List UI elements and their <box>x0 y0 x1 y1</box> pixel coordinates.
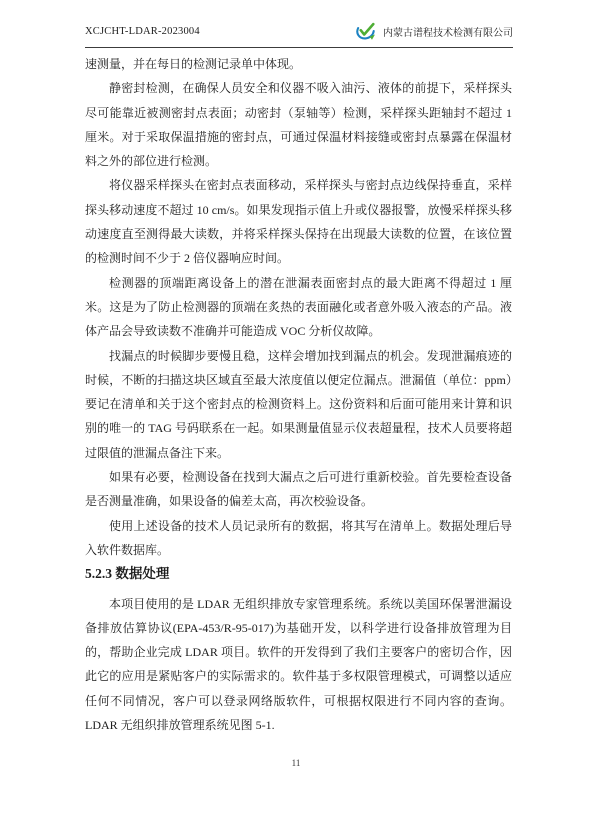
company-name: 内蒙古谱程技术检测有限公司 <box>383 24 513 39</box>
section-heading-5-2-3: 5.2.3 数据处理 <box>85 562 512 586</box>
document-page: XCJCHT-LDAR-2023004 内蒙古谱程技术检测有限公司 速测量，并在… <box>0 0 592 826</box>
paragraph-ldar-system: 本项目使用的是 LDAR 无组织排放专家管理系统。系统以美国环保署泄漏设备排放估… <box>85 592 512 738</box>
paragraph-static-seal-detection: 静密封检测，在确保人员安全和仪器不吸入油污、液体的前提下，采样探头尽可能靠近被测… <box>85 76 512 173</box>
page-header: XCJCHT-LDAR-2023004 内蒙古谱程技术检测有限公司 <box>85 20 513 48</box>
paragraph-leak-locating: 找漏点的时候脚步要慢且稳，这样会增加找到漏点的机会。发现泄漏痕迹的时候，不断的扫… <box>85 344 512 465</box>
page-footer: 11 <box>0 758 592 768</box>
page-number: 11 <box>292 758 301 768</box>
paragraph-detector-tip-distance: 检测器的顶端距离设备上的潜在泄漏表面密封点的最大距离不得超过 1 厘米。这是为了… <box>85 271 512 344</box>
paragraph-data-recording: 使用上述设备的技术人员记录所有的数据，将其写在清单上。数据处理后导入软件数据库。 <box>85 514 512 563</box>
header-brand: 内蒙古谱程技术检测有限公司 <box>355 22 513 41</box>
company-logo-icon <box>355 22 376 41</box>
paragraph-continuation: 速测量，并在每日的检测记录单中体现。 <box>85 52 512 76</box>
paragraph-probe-movement: 将仪器采样探头在密封点表面移动，采样探头与密封点边线保持垂直，采样探头移动速度不… <box>85 173 512 270</box>
document-body: 速测量，并在每日的检测记录单中体现。 静密封检测，在确保人员安全和仪器不吸入油污… <box>85 52 512 737</box>
paragraph-recalibration: 如果有必要，检测设备在找到大漏点之后可进行重新校验。首先要检查设备是否测量准确，… <box>85 465 512 514</box>
document-code: XCJCHT-LDAR-2023004 <box>85 26 200 37</box>
